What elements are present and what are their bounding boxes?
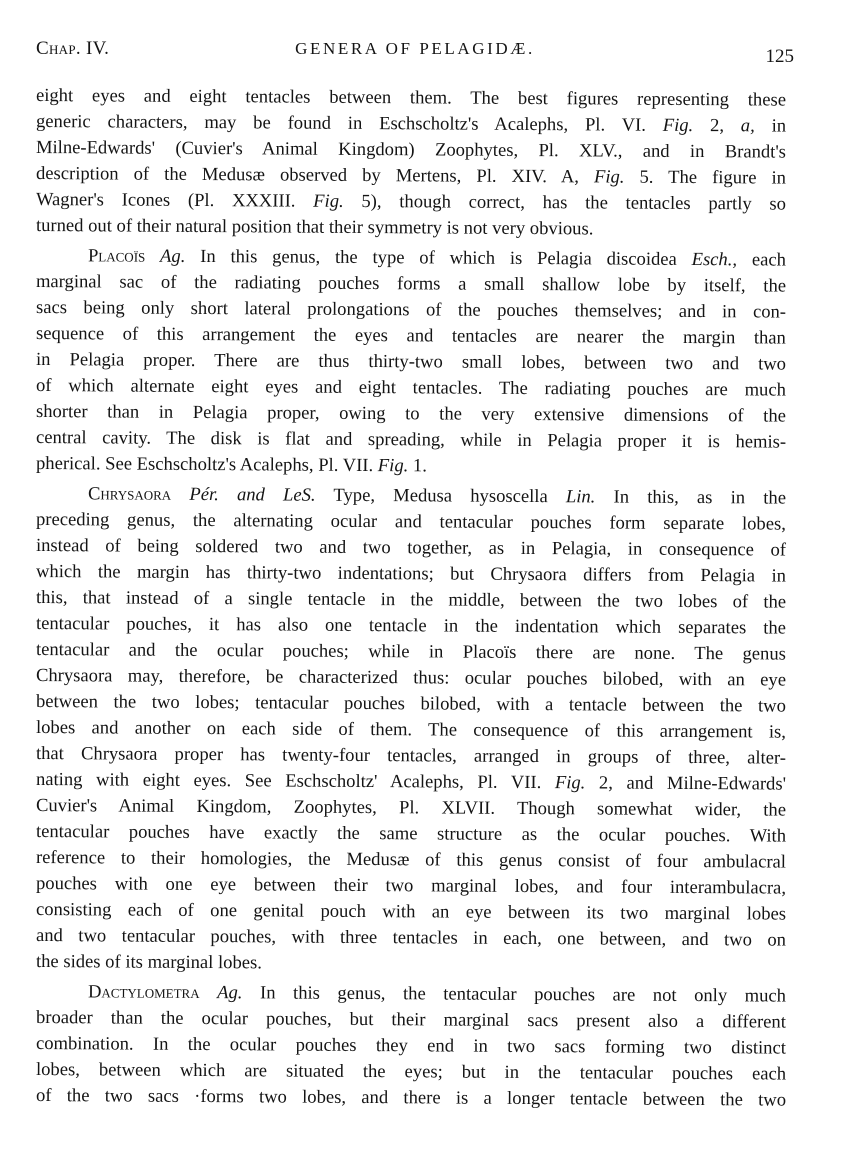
- body-text: eight eyes and eight tentacles between t…: [36, 83, 786, 1109]
- paragraph-continuation: eight eyes and eight tentacles between t…: [36, 83, 786, 239]
- genus-authority: Pér. and LeS.: [189, 484, 315, 506]
- genus-name: Placoïs: [88, 245, 145, 266]
- running-header: Chap. IV. GENERA OF PELAGIDÆ. 125: [36, 38, 794, 68]
- genus-authority: Ag.: [160, 246, 185, 267]
- book-page: Chap. IV. GENERA OF PELAGIDÆ. 125 eight …: [0, 0, 850, 1150]
- page-number: 125: [766, 46, 795, 68]
- paragraph-chrysaora: Chrysaora Pér. and LeS. Type, Medusa hys…: [36, 481, 786, 975]
- text-line: turned out of their natural position tha…: [36, 213, 786, 244]
- text-line: pherical. See Eschscholtz's Acalephs, Pl…: [36, 451, 786, 482]
- running-title: GENERA OF PELAGIDÆ.: [36, 39, 794, 59]
- genus-name: Chrysaora: [88, 483, 171, 505]
- genus-name: Dactylometra: [88, 981, 200, 1003]
- paragraph-placos: Placoïs Ag. In this genus, the type of w…: [36, 243, 786, 477]
- text-line: of the two sacs ·forms two lobes, and th…: [36, 1083, 786, 1114]
- paragraph-dactylometra: Dactylometra Ag. In this genus, the tent…: [36, 979, 786, 1109]
- genus-authority: Ag.: [217, 982, 242, 1003]
- text-line: the sides of its marginal lobes.: [36, 949, 786, 980]
